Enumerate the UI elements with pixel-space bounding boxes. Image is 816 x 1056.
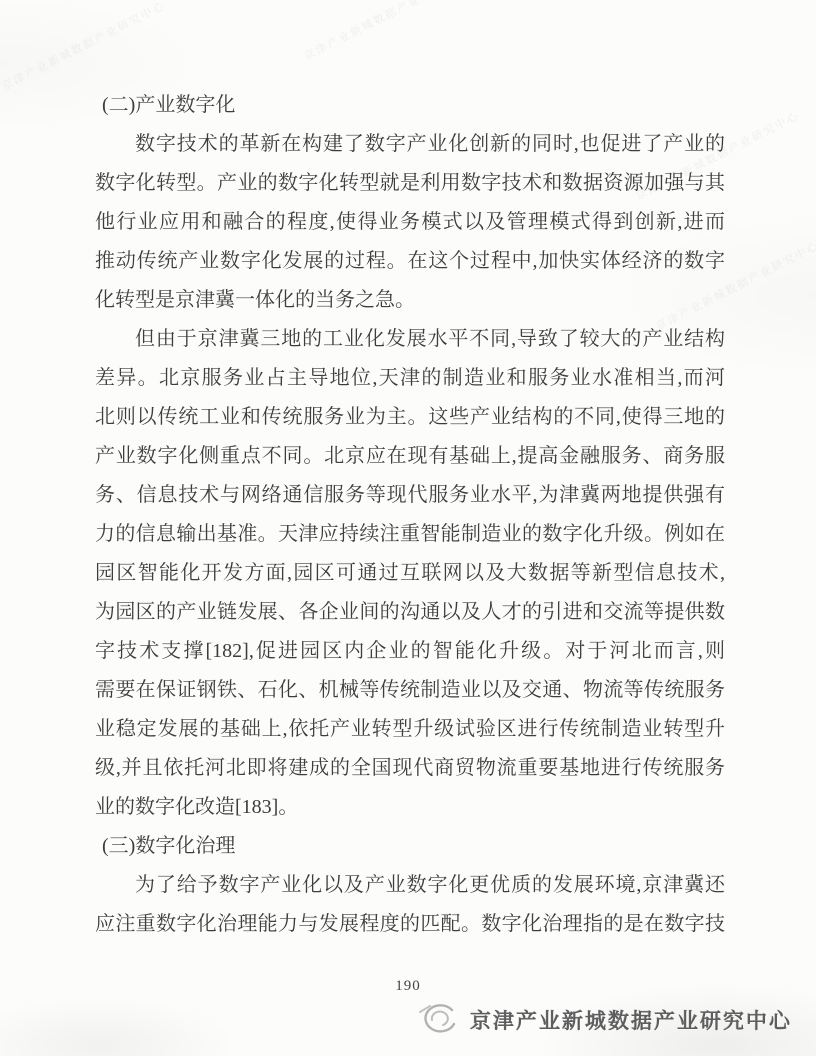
text-line: 为园区的产业链发展、各企业间的沟通以及人才的引进和交流等提供数 bbox=[95, 593, 725, 632]
section-heading: (二)产业数字化 bbox=[95, 86, 725, 125]
text-line: 数字化转型。产业的数字化转型就是利用数字技术和数据资源加强与其 bbox=[95, 164, 725, 203]
text-line: 差异。北京服务业占主导地位,天津的制造业和服务业水准相当,而河 bbox=[95, 359, 725, 398]
text-line: 园区智能化开发方面,园区可通过互联网以及大数据等新型信息技术, bbox=[95, 554, 725, 593]
text-line: 务、信息技术与网络通信服务等现代服务业水平,为津冀两地提供强有 bbox=[95, 476, 725, 515]
text-line: 业稳定发展的基础上,依托产业转型升级试验区进行传统制造业转型升 bbox=[95, 710, 725, 749]
text-line: 为了给予数字产业化以及产业数字化更优质的发展环境,京津冀还 bbox=[95, 866, 725, 905]
text-line: 产业数字化侧重点不同。北京应在现有基础上,提高金融服务、商务服 bbox=[95, 437, 725, 476]
section-heading: (三)数字化治理 bbox=[95, 827, 725, 866]
text-block: (二)产业数字化 数字技术的革新在构建了数字产业化创新的同时,也促进了产业的 数… bbox=[95, 86, 725, 944]
text-line: 推动传统产业数字化发展的过程。在这个过程中,加快实体经济的数字 bbox=[95, 242, 725, 281]
watermark: 京津产业新城数据产业研究中心 bbox=[301, 0, 470, 64]
swirl-emblem-icon bbox=[416, 1000, 462, 1040]
text-line: 级,并且依托河北即将建成的全国现代商贸物流重要基地进行传统服务 bbox=[95, 749, 725, 788]
text-line: 业的数字化改造[183]。 bbox=[95, 788, 725, 827]
page-number: 190 bbox=[0, 978, 816, 995]
text-line: 但由于京津冀三地的工业化发展水平不同,导致了较大的产业结构 bbox=[95, 320, 725, 359]
text-line: 应注重数字化治理能力与发展程度的匹配。数字化治理指的是在数字技 bbox=[95, 905, 725, 944]
text-line: 化转型是京津冀一体化的当务之急。 bbox=[95, 281, 725, 320]
watermark: 京津产业新城数据产业研究中心 bbox=[0, 0, 168, 94]
text-line: 北则以传统工业和传统服务业为主。这些产业结构的不同,使得三地的 bbox=[95, 398, 725, 437]
text-line: 数字技术的革新在构建了数字产业化创新的同时,也促进了产业的 bbox=[95, 125, 725, 164]
document-page: 京津产业新城数据产业研究中心 京津产业新城数据产业研究中心 京津产业新城数据产业… bbox=[0, 0, 816, 1056]
footer-logo-text: 京津产业新城数据产业研究中心 bbox=[470, 1005, 792, 1035]
footer-logo: 京津产业新城数据产业研究中心 bbox=[416, 1000, 792, 1040]
text-line: 字技术支撑[182],促进园区内企业的智能化升级。对于河北而言,则 bbox=[95, 632, 725, 671]
text-line: 他行业应用和融合的程度,使得业务模式以及管理模式得到创新,进而 bbox=[95, 203, 725, 242]
text-line: 需要在保证钢铁、石化、机械等传统制造业以及交通、物流等传统服务 bbox=[95, 671, 725, 710]
text-line: 力的信息输出基准。天津应持续注重智能制造业的数字化升级。例如在 bbox=[95, 515, 725, 554]
